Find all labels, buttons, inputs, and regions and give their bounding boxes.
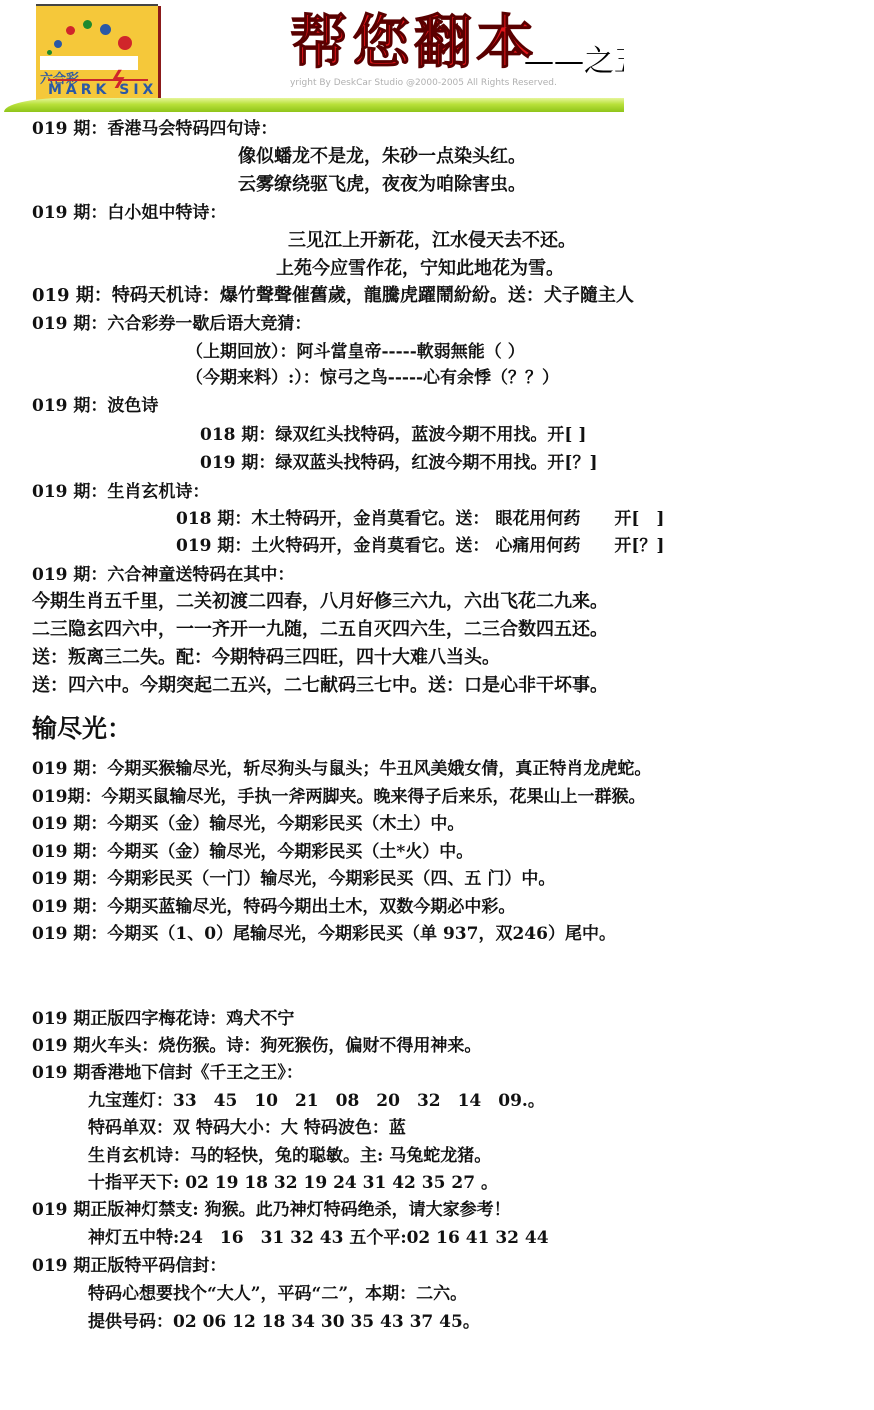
section-title: 019 期：生肖玄机诗： <box>32 481 209 503</box>
info-line: 019 期正版神灯禁支: 狗猴。此乃神灯特码绝杀，请大家参考！ <box>32 1199 511 1221</box>
detail-line: 神灯五中特:24 16 31 32 43 五个平:02 16 41 32 44 <box>88 1227 549 1249</box>
riddle-line: （今期来料）:）：惊弓之鸟-----心有余悸（？？） <box>186 367 559 389</box>
ball-icon <box>66 26 75 35</box>
detail-line: 十指平天下: 02 19 18 32 19 24 31 42 35 27 。 <box>88 1172 498 1194</box>
loss-line: 019 期：今期买（1、0）尾输尽光，今期彩民买（单 937，双246）尾中。 <box>32 923 616 945</box>
mark-six-logo: 六合彩 MARK SIX ϟ <box>36 4 158 100</box>
poem-line: 三见江上开新花，江水侵天去不还。 <box>288 230 576 252</box>
section-heading: 输尽光： <box>32 712 132 746</box>
loss-line: 019 期：今期买猴输尽光，斩尽狗头与鼠头；牛丑风美娥女倩，真正特肖龙虎蛇。 <box>32 758 651 780</box>
poem-line: 上苑今应雪作花，宁知此地花为雪。 <box>276 258 564 280</box>
detail-line: 特码心想要找个“大人”，平码“二”，本期：二六。 <box>88 1283 467 1305</box>
loss-line: 019 期：今期买（金）输尽光，今期彩民买（土*火）中。 <box>32 841 473 863</box>
info-line: 019 期香港地下信封《千王之王》： <box>32 1062 303 1084</box>
ball-icon <box>83 20 92 29</box>
loss-line: 019期：今期买鼠输尽光，手执一斧两脚夹。晚来得子后来乐，花果山上一群猴。 <box>32 786 645 808</box>
poem-line: 云雾缭绕驱飞虎，夜夜为咱除害虫。 <box>238 174 526 196</box>
section-title: 019 期：六合彩券一歇后语大竞猜： <box>32 313 311 335</box>
logo-divider <box>48 79 148 81</box>
section-title: 019 期：香港马会特码四句诗： <box>32 118 277 140</box>
ball-icon <box>54 40 62 48</box>
ball-icon <box>100 24 111 35</box>
ball-icon <box>118 36 132 50</box>
detail-line: 生肖玄机诗：马的轻快，兔的聪敏。主: 马兔蛇龙猪。 <box>88 1145 491 1167</box>
section-title: 019 期：六合神童送特码在其中： <box>32 564 294 586</box>
ball-icon <box>47 50 52 55</box>
green-banner-bar <box>4 98 624 112</box>
verse-line: 二三隐玄四六中，一一齐开一九随，二五自灭四六生，二三合数四五还。 <box>32 619 608 641</box>
page-title: 帮您翻本 <box>290 2 538 82</box>
zodiac-line: 019 期：土火特码开，金肖莫看它。送： 心痛用何药 开[？] <box>176 535 664 557</box>
color-poem-line: 018 期：绿双红头找特码，蓝波今期不用找。开[ ] <box>200 424 586 446</box>
color-poem-line: 019 期：绿双蓝头找特码，红波今期不用找。开[？] <box>200 452 598 474</box>
header-banner: 六合彩 MARK SIX ϟ 帮您翻本 ——之五 yright By DeskC… <box>0 0 874 120</box>
info-line: 019 期正版特平码信封： <box>32 1255 226 1277</box>
riddle-line: （上期回放）：阿斗當皇帝-----軟弱無能（ ） <box>186 341 525 363</box>
verse-line: 送：四六中。今期突起二五兴，二七献码三七中。送：口是心非干坏事。 <box>32 675 608 697</box>
info-line: 019 期火车头：烧伤猴。诗：狗死猴伤，偏财不得用神来。 <box>32 1035 481 1057</box>
section-title: 019 期：白小姐中特诗： <box>32 202 226 224</box>
info-line: 019 期正版四字梅花诗：鸡犬不宁 <box>32 1008 294 1030</box>
page-subtitle: ——之五 <box>524 42 624 82</box>
logo-edge <box>158 6 161 98</box>
detail-line: 提供号码：02 06 12 18 34 30 35 43 37 45。 <box>88 1311 480 1333</box>
verse-line: 送：叛离三二失。配：今期特码三四旺，四十大难八当头。 <box>32 647 500 669</box>
loss-line: 019 期：今期买蓝输尽光，特码今期出土木，双数今期必中彩。 <box>32 896 515 918</box>
detail-line: 特码单双：双 特码大小：大 特码波色：蓝 <box>88 1117 406 1139</box>
poem-line: 像似蟠龙不是龙，朱砂一点染头红。 <box>238 146 526 168</box>
loss-line: 019 期：今期买（金）输尽光，今期彩民买（木土）中。 <box>32 813 464 835</box>
section-title: 019 期：特码天机诗：爆竹聲聲催舊歲，龍騰虎躍鬧紛紛。送：犬子隨主人 <box>32 285 634 307</box>
copyright-text: yright By DeskCar Studio @2000-2005 All … <box>290 78 557 88</box>
detail-line: 九宝莲灯：33 45 10 21 08 20 32 14 09.。 <box>88 1090 545 1112</box>
zodiac-line: 018 期：木土特码开，金肖莫看它。送： 眼花用何药 开[ ] <box>176 508 664 530</box>
logo-brand-text: MARK SIX <box>48 82 157 98</box>
section-title: 019 期：波色诗 <box>32 395 158 417</box>
loss-line: 019 期：今期彩民买（一门）输尽光，今期彩民买（四、五 门）中。 <box>32 868 555 890</box>
verse-line: 今期生肖五千里，二关初渡二四春，八月好修三六九，六出飞花二九来。 <box>32 591 608 613</box>
